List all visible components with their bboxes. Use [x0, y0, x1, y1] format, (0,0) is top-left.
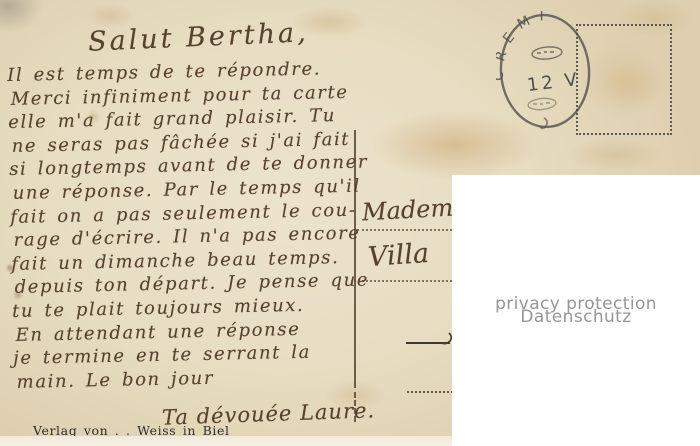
postcard-scan: Salut Bertha, Il est temps de te répondr…	[0, 0, 700, 446]
svg-text:CREMI: CREMI	[496, 11, 553, 81]
address-dotted-line	[407, 391, 453, 393]
address-dotted-line	[357, 229, 452, 231]
postmark-date-text: 12 V	[526, 69, 581, 96]
postmark-town-text: CREMI	[496, 11, 553, 81]
address-line1-fragment: Madem	[361, 194, 454, 227]
stamp-placement-box	[576, 24, 672, 135]
privacy-text-de: Datenschutz	[520, 311, 631, 324]
address-dotted-line	[351, 280, 452, 282]
card-divider-dashes	[354, 392, 356, 422]
card-bottom-edge	[0, 436, 452, 446]
postcard-message: Il est temps de te répondre. Merci infin…	[7, 56, 384, 394]
postcard-greeting: Salut Bertha,	[87, 17, 309, 58]
card-divider-line	[354, 130, 356, 388]
privacy-overlay: privacy protection Datenschutz	[452, 175, 700, 446]
address-line2-fragment: Villa	[367, 238, 430, 273]
